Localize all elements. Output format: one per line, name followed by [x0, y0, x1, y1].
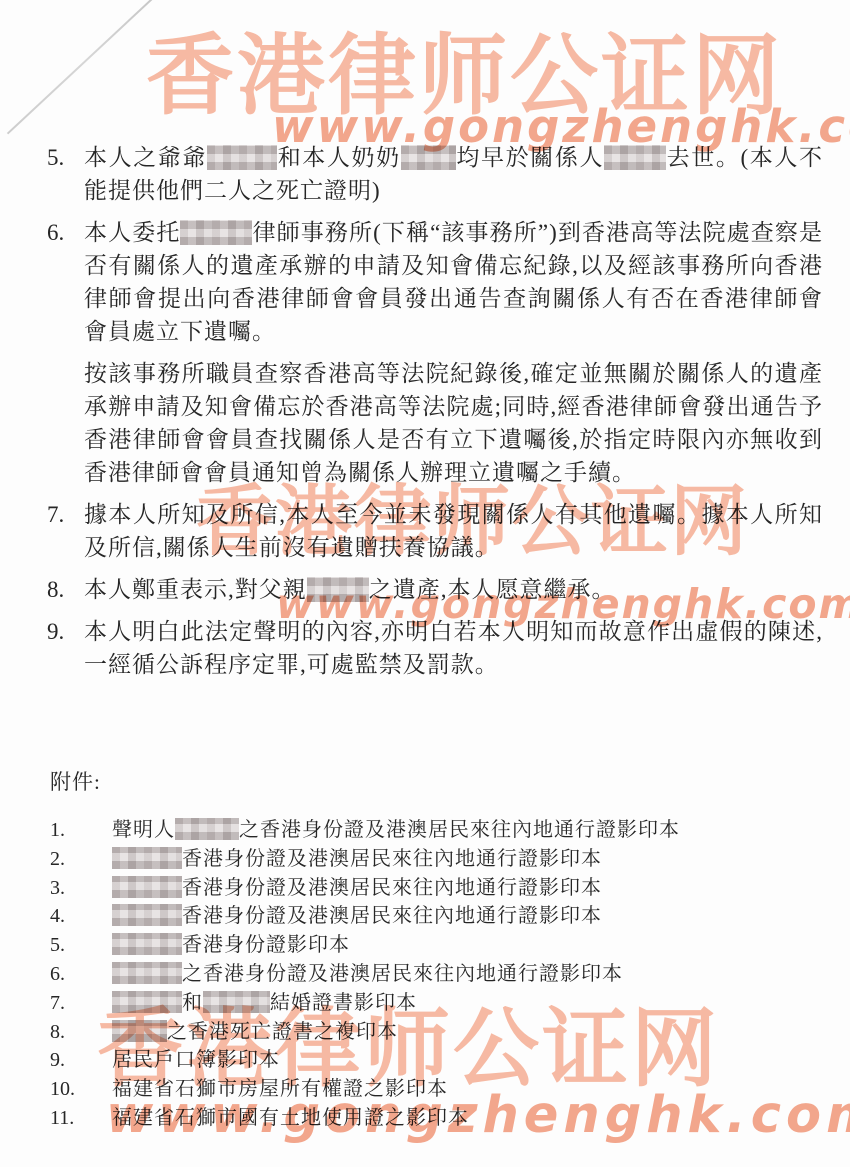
item-number: 6.	[47, 216, 84, 348]
item-text: 福建省石獅市房屋所有權證之影印本	[112, 1075, 823, 1104]
text-segment: 居民戶口簿影印本	[112, 1049, 280, 1071]
item-number: 4.	[50, 902, 112, 931]
item-number: 9.	[47, 615, 84, 681]
text-segment: 之香港死亡證書之複印本	[167, 1021, 398, 1043]
numbered-item: 9.本人明白此法定聲明的內容,亦明白若本人明知而故意作出虛假的陳述,一經循公訴程…	[47, 615, 823, 681]
item-text: 香港身份證及港澳居民來往內地通行證影印本	[112, 874, 823, 903]
item-number: 2.	[50, 845, 112, 874]
redaction-mosaic	[112, 904, 182, 926]
text-segment: 本人明白此法定聲明的內容,亦明白若本人明知而故意作出虛假的陳述,一經循公訴程序定…	[84, 619, 823, 677]
item-text: 之香港身份證及港澳居民來往內地通行證影印本	[112, 960, 823, 989]
item-number: 5.	[47, 141, 84, 207]
redaction-mosaic	[112, 962, 182, 984]
item-text: 本人之爺爺和本人奶奶均早於關係人去世。(本人不能提供他們二人之死亡證明)	[84, 141, 823, 207]
text-segment: 之香港身份證及港澳居民來往內地通行證影印本	[239, 819, 680, 841]
text-segment: 福建省石獅市房屋所有權證之影印本	[112, 1078, 448, 1100]
redaction-mosaic	[112, 933, 182, 955]
item-text: 香港身份證及港澳居民來往內地通行證影印本	[112, 902, 823, 931]
text-segment: 之香港身份證及港澳居民來往內地通行證影印本	[182, 963, 623, 985]
text-segment: 之遺產,本人愿意繼承。	[369, 577, 616, 602]
item-text: 香港身份證影印本	[112, 931, 823, 960]
numbered-item: 7.據本人所知及所信,本人至今並未發現關係人有其他遺囑。據本人所知及所信,關係人…	[47, 498, 823, 564]
numbered-item: 7.和結婚證書影印本	[50, 989, 823, 1018]
redaction-mosaic	[112, 847, 182, 869]
item-number	[47, 357, 84, 489]
item-text: 香港身份證及港澳居民來往內地通行證影印本	[112, 845, 823, 874]
numbered-item: 8.本人鄭重表示,對父親之遺產,本人愿意繼承。	[47, 573, 823, 606]
text-segment: 聲明人	[112, 819, 175, 841]
redaction-mosaic	[180, 220, 252, 245]
numbered-item: 3.香港身份證及港澳居民來往內地通行證影印本	[50, 874, 823, 903]
text-segment: 按該事務所職員查察香港高等法院紀錄後,確定並無關於關係人的遺產承辦申請及知會備忘…	[84, 361, 823, 485]
redaction-mosaic	[307, 577, 369, 602]
numbered-item: 11.福建省石獅市國有土地使用證之影印本	[50, 1104, 823, 1133]
redaction-mosaic	[112, 991, 182, 1013]
item-number: 1.	[50, 816, 112, 845]
attachments-list: 1.聲明人之香港身份證及港澳居民來往內地通行證影印本2.香港身份證及港澳居民來往…	[50, 816, 823, 1133]
numbered-item: 4.香港身份證及港澳居民來往內地通行證影印本	[50, 902, 823, 931]
item-number: 7.	[50, 989, 112, 1018]
numbered-item: 5.香港身份證影印本	[50, 931, 823, 960]
item-number: 7.	[47, 498, 84, 564]
redaction-mosaic	[207, 145, 277, 170]
item-number: 8.	[47, 573, 84, 606]
item-text: 之香港死亡證書之複印本	[112, 1018, 823, 1047]
item-text: 聲明人之香港身份證及港澳居民來往內地通行證影印本	[112, 816, 823, 845]
text-segment: 本人鄭重表示,對父親	[84, 577, 307, 602]
item-text: 本人委托律師事務所(下稱“該事務所”)到香港高等法院處查察是否有關係人的遺產承辦…	[84, 216, 823, 348]
item-text: 本人明白此法定聲明的內容,亦明白若本人明知而故意作出虛假的陳述,一經循公訴程序定…	[84, 615, 823, 681]
text-segment: 和本人奶奶	[277, 145, 401, 170]
redaction-mosaic	[175, 818, 239, 840]
text-segment: 結婚證書影印本	[270, 992, 417, 1014]
item-text: 福建省石獅市國有土地使用證之影印本	[112, 1104, 823, 1133]
scan-artifact-line	[7, 0, 153, 134]
item-text: 居民戶口簿影印本	[112, 1046, 823, 1075]
numbered-item: 2.香港身份證及港澳居民來往內地通行證影印本	[50, 845, 823, 874]
text-segment: 香港身份證及港澳居民來往內地通行證影印本	[182, 905, 602, 927]
redaction-mosaic	[112, 1020, 167, 1042]
numbered-item: 6.之香港身份證及港澳居民來往內地通行證影印本	[50, 960, 823, 989]
numbered-item: 6.本人委托律師事務所(下稱“該事務所”)到香港高等法院處查察是否有關係人的遺產…	[47, 216, 823, 348]
text-segment: 香港身份證及港澳居民來往內地通行證影印本	[182, 848, 602, 870]
item-text: 據本人所知及所信,本人至今並未發現關係人有其他遺囑。據本人所知及所信,關係人生前…	[84, 498, 823, 564]
redaction-mosaic	[401, 145, 456, 170]
item-number: 6.	[50, 960, 112, 989]
item-text: 按該事務所職員查察香港高等法院紀錄後,確定並無關於關係人的遺產承辦申請及知會備忘…	[84, 357, 823, 489]
attachments-section: 附件: 1.聲明人之香港身份證及港澳居民來往內地通行證影印本2.香港身份證及港澳…	[50, 770, 823, 1133]
paragraph-continuation: 按該事務所職員查察香港高等法院紀錄後,確定並無關於關係人的遺產承辦申請及知會備忘…	[47, 357, 823, 489]
item-text: 本人鄭重表示,對父親之遺產,本人愿意繼承。	[84, 573, 823, 606]
text-segment: 均早於關係人	[456, 145, 604, 170]
item-number: 10.	[50, 1075, 112, 1104]
watermark-brand-top: 香港律师公证网	[146, 32, 783, 120]
numbered-item: 1.聲明人之香港身份證及港澳居民來往內地通行證影印本	[50, 816, 823, 845]
text-segment: 本人委托	[84, 220, 180, 245]
text-segment: 香港身份證及港澳居民來往內地通行證影印本	[182, 877, 602, 899]
redaction-mosaic	[604, 145, 666, 170]
item-number: 9.	[50, 1046, 112, 1075]
numbered-item: 9.居民戶口簿影印本	[50, 1046, 823, 1075]
numbered-item: 8.之香港死亡證書之複印本	[50, 1018, 823, 1047]
redaction-mosaic	[203, 991, 270, 1013]
item-number: 3.	[50, 874, 112, 903]
attachments-label: 附件:	[50, 770, 823, 794]
item-text: 和結婚證書影印本	[112, 989, 823, 1018]
text-segment: 福建省石獅市國有土地使用證之影印本	[112, 1107, 469, 1129]
scanned-declaration-page: 5.本人之爺爺和本人奶奶均早於關係人去世。(本人不能提供他們二人之死亡證明)6.…	[0, 0, 850, 1167]
text-segment: 和	[182, 992, 203, 1014]
text-segment: 香港身份證影印本	[182, 934, 350, 956]
item-number: 11.	[50, 1104, 112, 1133]
text-segment: 據本人所知及所信,本人至今並未發現關係人有其他遺囑。據本人所知及所信,關係人生前…	[84, 502, 823, 560]
redaction-mosaic	[112, 876, 182, 898]
text-segment: 本人之爺爺	[84, 145, 207, 170]
numbered-item: 5.本人之爺爺和本人奶奶均早於關係人去世。(本人不能提供他們二人之死亡證明)	[47, 141, 823, 207]
declaration-paragraphs: 5.本人之爺爺和本人奶奶均早於關係人去世。(本人不能提供他們二人之死亡證明)6.…	[47, 141, 823, 690]
item-number: 8.	[50, 1018, 112, 1047]
numbered-item: 10.福建省石獅市房屋所有權證之影印本	[50, 1075, 823, 1104]
item-number: 5.	[50, 931, 112, 960]
